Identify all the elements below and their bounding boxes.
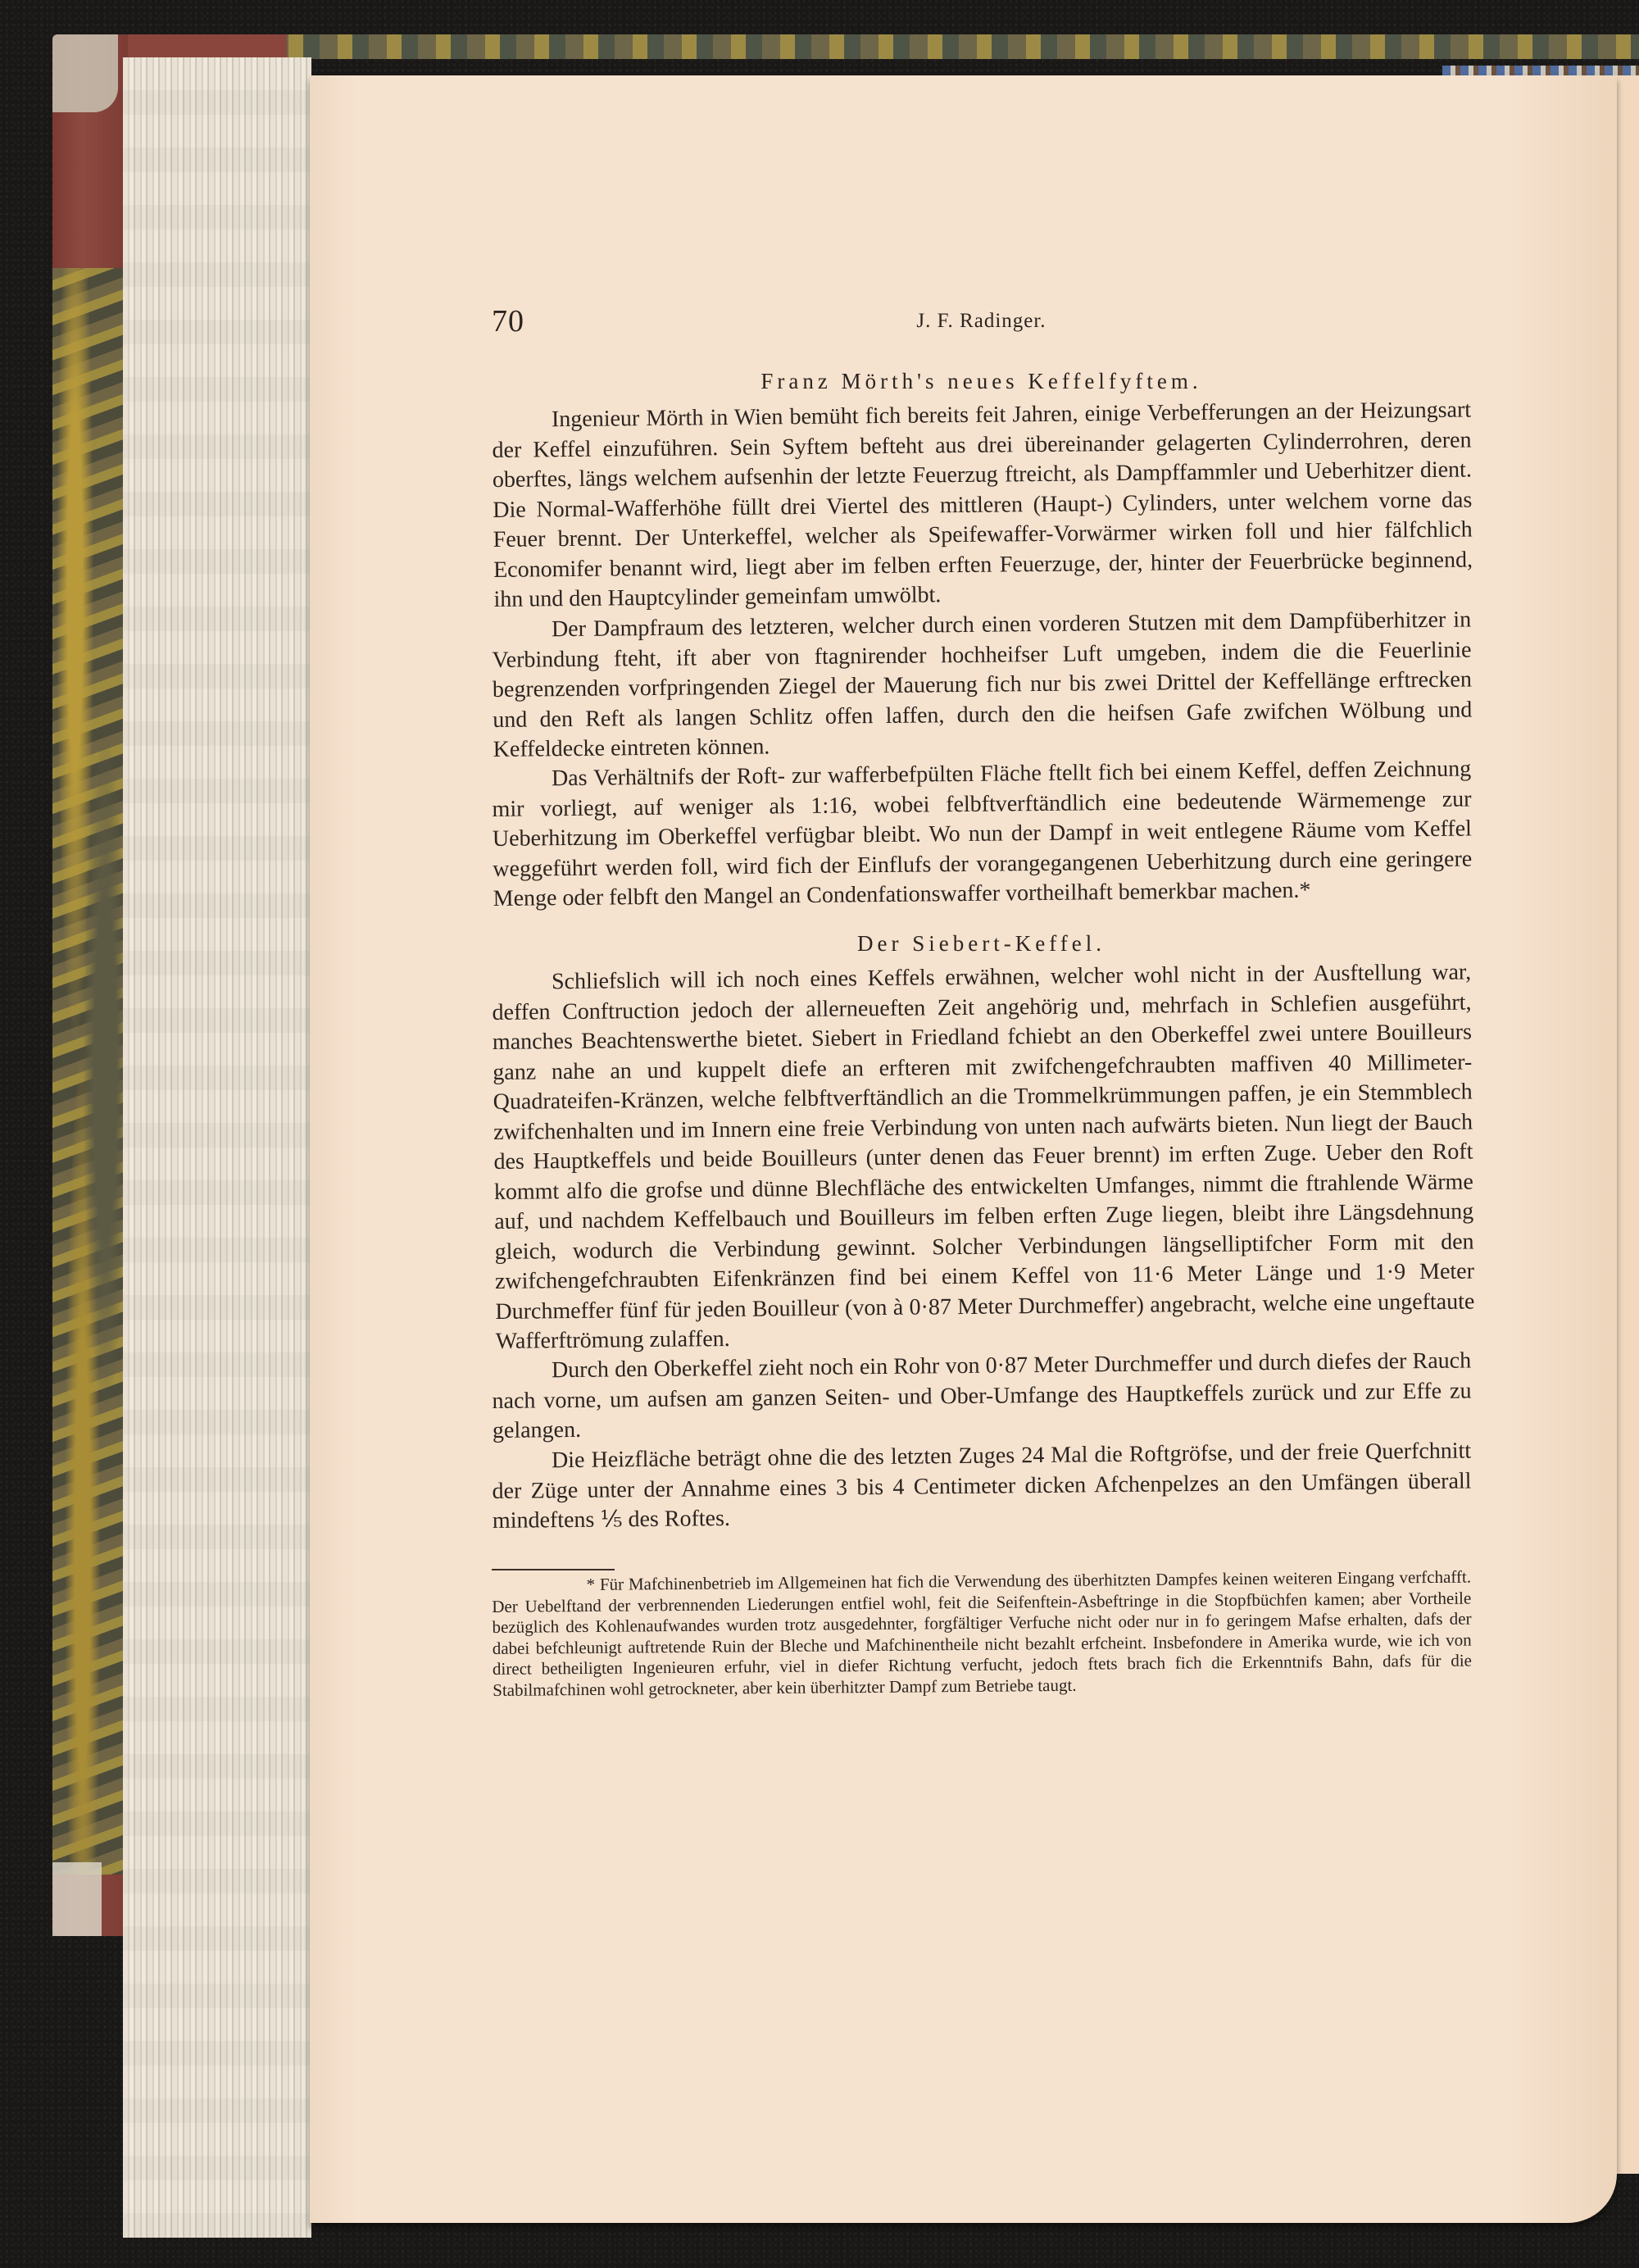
running-title: J. F. Radinger. xyxy=(492,310,1471,333)
footnote: * Für Mafchinenbetrieb im Allgemeinen ha… xyxy=(492,1567,1472,1701)
footnote-divider xyxy=(492,1569,615,1570)
page-text-block: 70 J. F. Radinger. Franz Mörth's neues K… xyxy=(492,303,1471,1701)
worn-corner-bottom xyxy=(52,1862,102,1936)
section-title: Der Siebert-Keffel. xyxy=(492,931,1471,957)
worn-corner-top xyxy=(52,34,118,112)
running-head: 70 J. F. Radinger. xyxy=(492,303,1471,352)
paragraph: Ingenieur Mörth in Wien bemüht fich bere… xyxy=(492,395,1473,615)
paragraph: Durch den Oberkeffel zieht noch ein Rohr… xyxy=(492,1346,1472,1446)
paragraph: Das Verhältnifs der Roft- zur wafferbefp… xyxy=(492,754,1473,914)
paragraph: Der Dampfraum des letzteren, welcher dur… xyxy=(492,605,1473,765)
section-moerth: Franz Mörth's neues Keffelfyftem. Ingeni… xyxy=(492,369,1471,915)
section-title: Franz Mörth's neues Keffelfyftem. xyxy=(492,369,1471,394)
leather-corner xyxy=(123,34,287,59)
paragraph: Die Heizfläche beträgt ohne die des letz… xyxy=(492,1436,1472,1536)
stacked-page-edges xyxy=(123,57,311,2238)
book-cover-top-edge xyxy=(123,34,1639,59)
section-siebert: Der Siebert-Keffel. Schliefslich will ic… xyxy=(492,931,1471,1537)
marbled-board xyxy=(52,268,128,1875)
book-spine-cover xyxy=(52,34,128,1936)
paragraph: Schliefslich will ich noch eines Keffels… xyxy=(492,957,1475,1357)
